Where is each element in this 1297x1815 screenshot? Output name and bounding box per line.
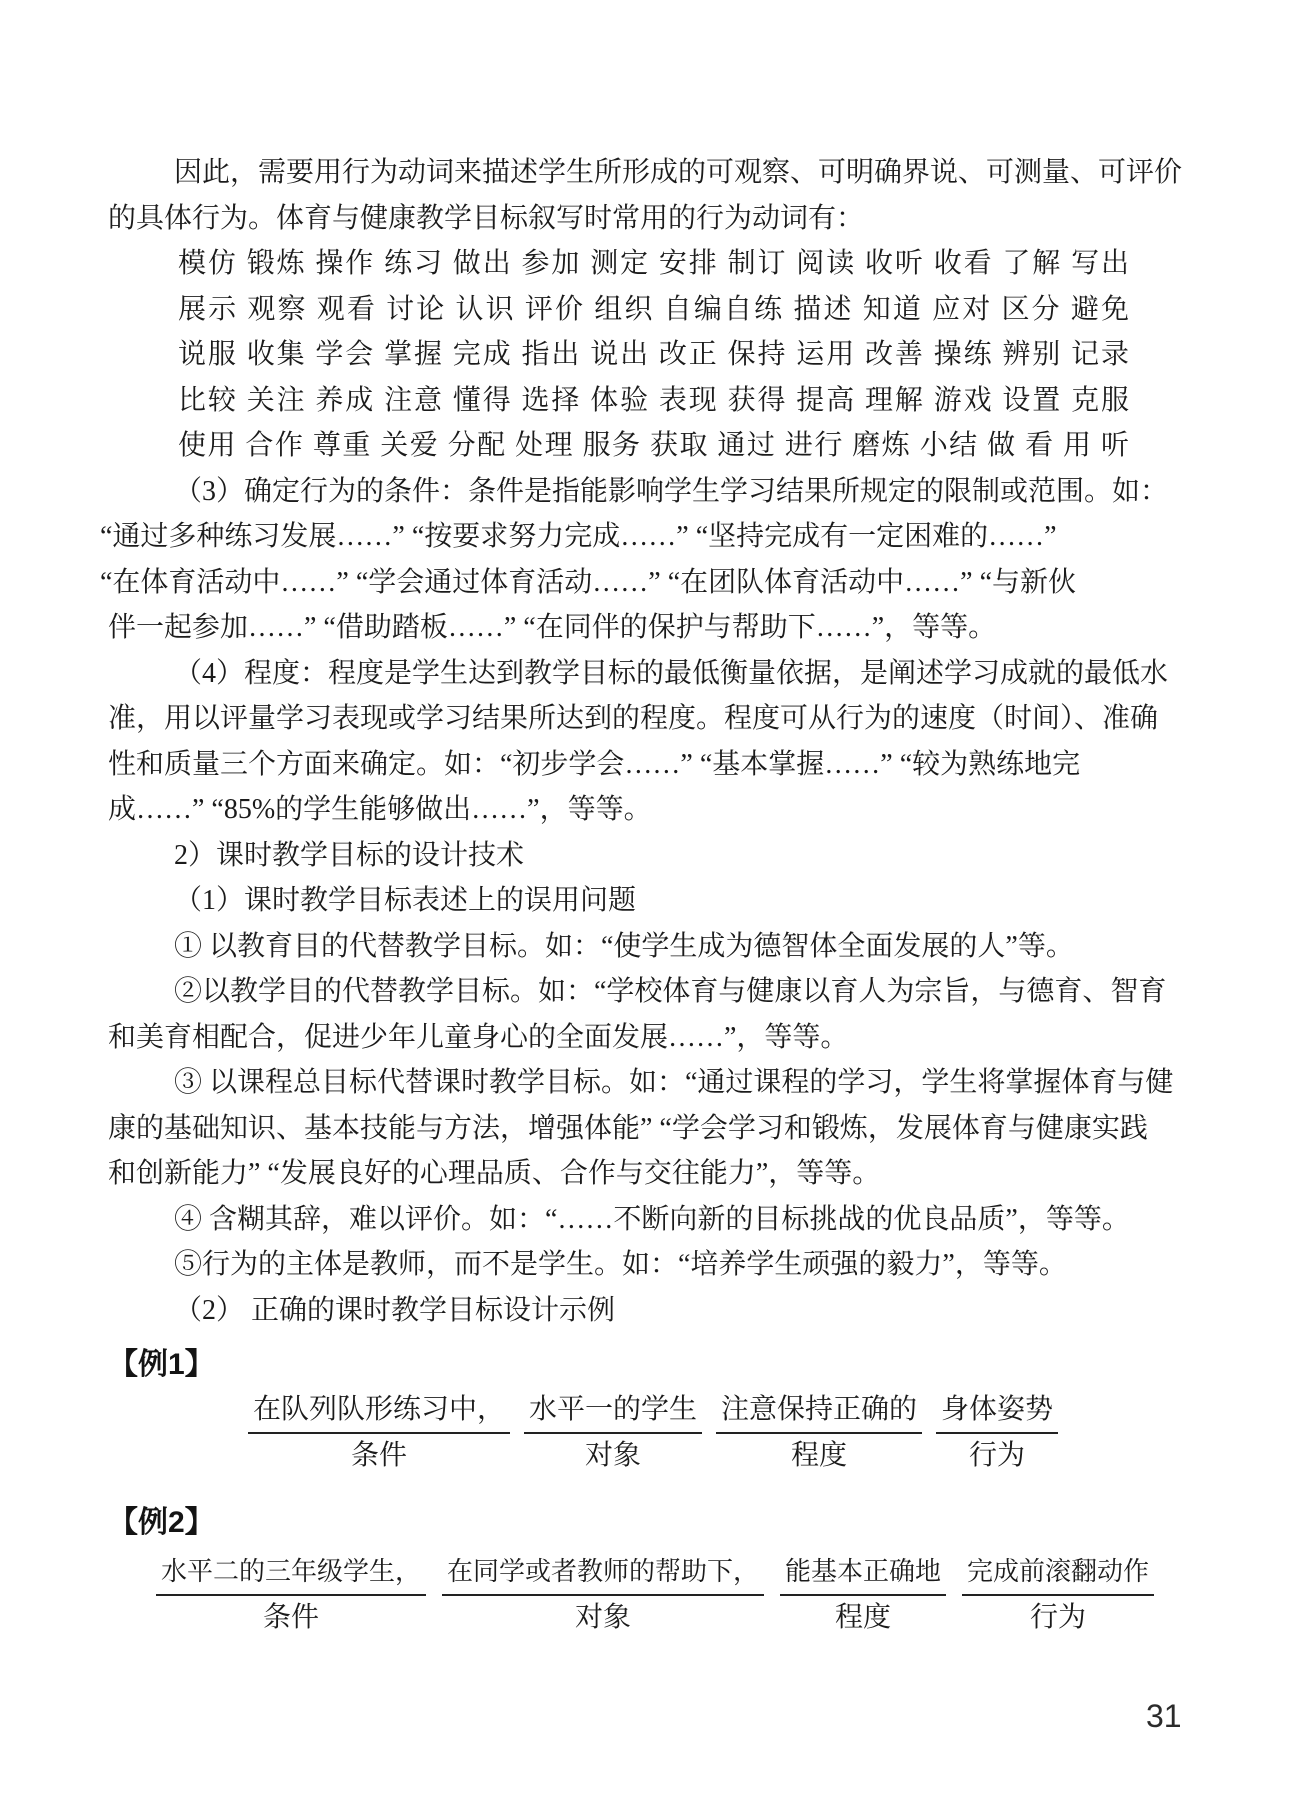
segment-text: 水平一的学生 — [524, 1391, 702, 1434]
segment-category-label: 程度 — [716, 1437, 922, 1475]
section-3-line: “在体育活动中……” “学会通过体育活动……” “在团队体育活动中……” “与新… — [100, 560, 1192, 606]
example-segment: 在同学或者教师的帮助下， 对象 — [442, 1553, 764, 1637]
example-1-row: 在队列队形练习中， 条件 水平一的学生 对象 注意保持正确的 程度 身体姿势 行… — [248, 1391, 1058, 1475]
section-4-line: （4）程度：程度是学生达到教学目标的最低衡量依据，是阐述学习成就的最低水 — [108, 651, 1192, 697]
segment-text: 注意保持正确的 — [716, 1391, 922, 1434]
example-segment: 在队列队形练习中， 条件 — [248, 1391, 510, 1475]
segment-category-label: 行为 — [936, 1437, 1058, 1475]
numbered-item-line: ③ 以课程总目标代替课时教学目标。如：“通过课程的学习，学生将掌握体育与健 — [108, 1060, 1192, 1106]
numbered-item-line: 和创新能力” “发展良好的心理品质、合作与交往能力”，等等。 — [108, 1151, 1192, 1197]
paragraph-line: 的具体行为。体育与健康教学目标叙写时常用的行为动词有： — [108, 196, 1192, 242]
section-4-line: 成……” “85%的学生能够做出……”，等等。 — [108, 787, 1192, 833]
section-3-line: 伴一起参加……” “借助踏板……” “在同伴的保护与帮助下……”，等等。 — [108, 605, 1192, 651]
segment-text: 在同学或者教师的帮助下， — [442, 1553, 764, 1596]
example-segment: 水平二的三年级学生， 条件 — [156, 1553, 426, 1637]
segment-text: 能基本正确地 — [780, 1553, 946, 1596]
verb-list-line: 说服 收集 学会 掌握 完成 指出 说出 改正 保持 运用 改善 操练 辨别 记… — [178, 332, 1130, 378]
numbered-item-line: ⑤行为的主体是教师，而不是学生。如：“培养学生顽强的毅力”，等等。 — [108, 1242, 1192, 1288]
paragraph-line: 因此，需要用行为动词来描述学生所形成的可观察、可明确界说、可测量、可评价 — [108, 150, 1192, 196]
verb-list-line: 使用 合作 尊重 关爱 分配 处理 服务 获取 通过 进行 磨炼 小结 做 看 … — [178, 423, 1130, 469]
verb-list-line: 模仿 锻炼 操作 练习 做出 参加 测定 安排 制订 阅读 收听 收看 了解 写… — [178, 241, 1130, 287]
example-2-heading: 【例2】 — [108, 1501, 1192, 1545]
example-segment: 身体姿势 行为 — [936, 1391, 1058, 1475]
numbered-item-line: ②以教学目的代替教学目标。如：“学校体育与健康以育人为宗旨，与德育、智育 — [108, 969, 1192, 1015]
segment-category-label: 条件 — [156, 1599, 426, 1637]
subsection-heading-line: （2） 正确的课时教学目标设计示例 — [108, 1288, 1192, 1334]
numbered-item-line: 和美育相配合，促进少年儿童身心的全面发展……”，等等。 — [108, 1015, 1192, 1061]
example-segment: 水平一的学生 对象 — [524, 1391, 702, 1475]
section-3-line: （3）确定行为的条件：条件是指能影响学生学习结果所规定的限制或范围。如： — [108, 469, 1192, 515]
subsection-heading-line: （1）课时教学目标表述上的误用问题 — [108, 878, 1192, 924]
section-3-line: “通过多种练习发展……” “按要求努力完成……” “坚持完成有一定困难的……” — [100, 514, 1192, 560]
numbered-item-line: 康的基础知识、基本技能与方法，增强体能” “学会学习和锻炼，发展体育与健康实践 — [108, 1106, 1192, 1152]
segment-category-label: 行为 — [962, 1599, 1154, 1637]
segment-category-label: 对象 — [524, 1437, 702, 1475]
page-number: 31 — [1146, 1698, 1182, 1735]
segment-text: 完成前滚翻动作 — [962, 1553, 1154, 1596]
segment-text: 水平二的三年级学生， — [156, 1553, 426, 1596]
segment-text: 身体姿势 — [936, 1391, 1058, 1434]
segment-category-label: 对象 — [442, 1599, 764, 1637]
segment-category-label: 条件 — [248, 1437, 510, 1475]
verb-list-line: 比较 关注 养成 注意 懂得 选择 体验 表现 获得 提高 理解 游戏 设置 克… — [178, 378, 1130, 424]
example-segment: 注意保持正确的 程度 — [716, 1391, 922, 1475]
verb-list-line: 展示 观察 观看 讨论 认识 评价 组织 自编自练 描述 知道 应对 区分 避免 — [178, 287, 1130, 333]
segment-text: 在队列队形练习中， — [248, 1391, 510, 1434]
example-1-heading: 【例1】 — [108, 1343, 1192, 1387]
section-4-line: 性和质量三个方面来确定。如：“初步学会……” “基本掌握……” “较为熟练地完 — [108, 742, 1192, 788]
subsection-heading-line: 2）课时教学目标的设计技术 — [108, 833, 1192, 879]
section-4-line: 准，用以评量学习表现或学习结果所达到的程度。程度可从行为的速度（时间）、准确 — [108, 696, 1192, 742]
numbered-item-line: ④ 含糊其辞，难以评价。如：“……不断向新的目标挑战的优良品质”，等等。 — [108, 1197, 1192, 1243]
example-2-row: 水平二的三年级学生， 条件 在同学或者教师的帮助下， 对象 能基本正确地 程度 … — [156, 1553, 1154, 1637]
document-page-body: 因此，需要用行为动词来描述学生所形成的可观察、可明确界说、可测量、可评价 的具体… — [108, 150, 1192, 1637]
example-segment: 完成前滚翻动作 行为 — [962, 1553, 1154, 1637]
example-segment: 能基本正确地 程度 — [780, 1553, 946, 1637]
numbered-item-line: ① 以教育目的代替教学目标。如：“使学生成为德智体全面发展的人”等。 — [108, 924, 1192, 970]
segment-category-label: 程度 — [780, 1599, 946, 1637]
